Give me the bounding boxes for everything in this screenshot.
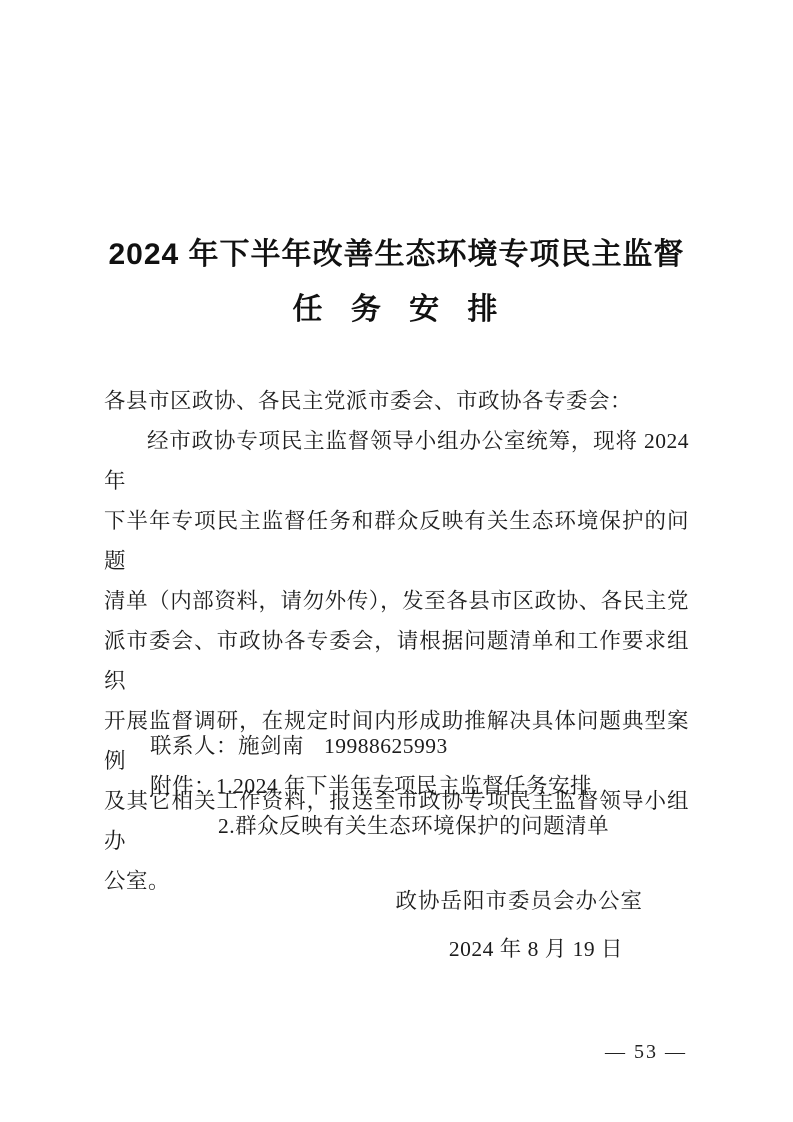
attachment-line-1: 附件：1.2024 年下半年专项民主监督任务安排 (150, 766, 690, 806)
issuing-office-signature: 政协岳阳市委员会办公室 (395, 886, 643, 916)
paragraph-line: 下半年专项民主监督任务和群众反映有关生态环境保护的问题 (104, 501, 689, 581)
attachment-item-2: 2.群众反映有关生态环境保护的问题清单 (218, 814, 609, 838)
contact-attachment-block: 联系人：施剑南19988625993 附件：1.2024 年下半年专项民主监督任… (150, 726, 690, 846)
contact-line: 联系人：施剑南19988625993 (150, 726, 690, 766)
contact-phone: 19988625993 (324, 734, 448, 758)
page-number: — 53 — (605, 1038, 687, 1066)
paragraph-line: 经市政协专项民主监督领导小组办公室统筹，现将 2024 年 (104, 421, 689, 501)
attachment-line-2: 2.群众反映有关生态环境保护的问题清单 (150, 806, 690, 846)
contact-label: 联系人： (150, 734, 238, 758)
document-title-line1: 2024 年下半年改善生态环境专项民主监督 (0, 234, 793, 276)
attachment-item-1: 1.2024 年下半年专项民主监督任务安排 (216, 774, 592, 798)
document-title-line2: 任 务 安 排 (0, 289, 793, 331)
contact-name: 施剑南 (238, 734, 304, 758)
attachment-label: 附件： (150, 774, 216, 798)
paragraph-line: 清单（内部资料，请勿外传），发至各县市区政协、各民主党 (104, 581, 689, 621)
paragraph-line: 派市委会、市政协各专委会，请根据问题清单和工作要求组织 (104, 621, 689, 701)
document-date: 2024 年 8 月 19 日 (449, 934, 623, 964)
salutation-line: 各县市区政协、各民主党派市委会、市政协各专委会： (104, 381, 689, 421)
document-page: 2024 年下半年改善生态环境专项民主监督 任 务 安 排 各县市区政协、各民主… (0, 0, 793, 1122)
